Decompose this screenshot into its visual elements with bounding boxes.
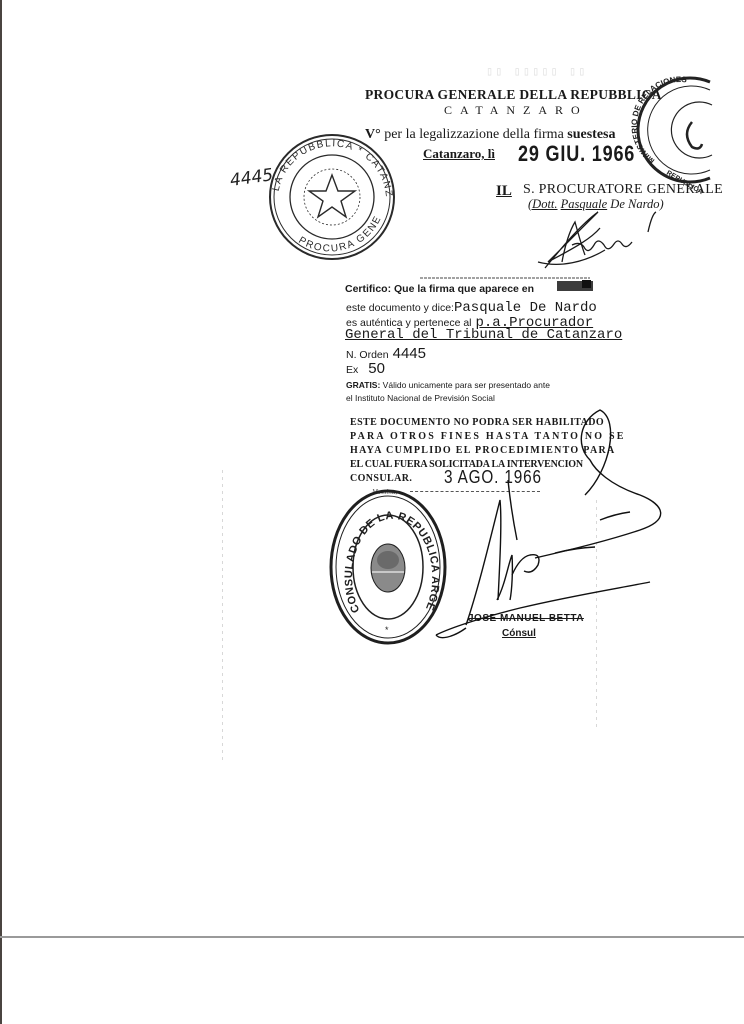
- visto-text: per la legalizzazione della firma: [381, 127, 568, 142]
- gratis-text: Válido unicamente para ser presentado an…: [380, 380, 550, 390]
- bleed-through-line: [596, 500, 597, 730]
- official-last: De Nardo): [610, 197, 663, 211]
- certifico-text: : Que la firma que aparece en: [388, 283, 534, 295]
- notice-line: PARA OTROS FINES HASTA TANTO NO SE: [350, 430, 626, 444]
- official-name: (Dott. Pasquale De Nardo): [528, 197, 664, 212]
- official-first: Pasquale: [561, 197, 608, 211]
- bleed-through-line: [222, 470, 223, 760]
- scan-left-edge: [0, 0, 2, 1024]
- gratis-line: GRATIS: Válido unicamente para ser prese…: [346, 380, 550, 390]
- signer-role-2: General del Tribunal de Catanzaro: [345, 327, 622, 343]
- date-stamp-italy: 29 GIU. 1966: [518, 141, 635, 167]
- ink-smudge: [582, 280, 591, 288]
- place-rule: [410, 491, 540, 492]
- italian-seal-icon: LA REPUBBLICA * CATANZARO * PROCURA GENE…: [0, 0, 394, 259]
- notice-line: ESTE DOCUMENTO NO PODRA SER HABILITADO: [350, 416, 626, 430]
- ex-value: 50: [368, 360, 385, 377]
- official-title: S. PROCURATORE GENERALE: [523, 182, 723, 198]
- signature-de-nardo-icon: [538, 212, 656, 268]
- gratis-label: GRATIS:: [346, 380, 380, 390]
- institute-line: el Instituto Nacional de Previsión Socia…: [346, 393, 495, 403]
- place-label: Catanzaro, lì: [423, 146, 495, 162]
- place-label-messina: Messina,: [372, 488, 397, 496]
- certifico-line: Certifico: Que la firma que aparece en: [345, 283, 534, 295]
- svg-text:PROCURA GENERALE: PROCURA GENERALE: [0, 0, 384, 255]
- ex-line: Ex50: [346, 360, 385, 378]
- visto-prefix: V°: [365, 127, 381, 142]
- ink-smudge: [557, 281, 593, 291]
- official-prefix: (Dott.: [528, 197, 558, 211]
- consul-role: Cónsul: [502, 628, 536, 639]
- notice-line: HAYA CUMPLIDO EL PROCEDIMIENTO PARA: [350, 444, 626, 458]
- svg-text:LA REPUBBLICA * CATANZARO *: LA REPUBBLICA * CATANZARO *: [0, 0, 394, 198]
- visto-bold: suestesa: [567, 127, 615, 142]
- procura-heading: PROCURA GENERALE DELLA REPUBBLICA: [365, 87, 662, 103]
- certifico-label: Certifico: [345, 283, 388, 295]
- handwritten-number: 4445: [229, 165, 275, 191]
- ex-label: Ex: [346, 364, 358, 376]
- order-value: 4445: [393, 345, 426, 362]
- consul-name: JOSE MANUEL BETTA: [468, 613, 584, 624]
- scan-page-edge: [0, 936, 744, 938]
- il-label: IL: [496, 183, 512, 200]
- svg-text:*: *: [385, 625, 389, 635]
- bleed-through-text: ▯▯ ▯▯▯▯▯ ▯▯: [486, 64, 587, 79]
- date-stamp-argentina: 3 AGO. 1966: [444, 467, 542, 488]
- procura-city: CATANZARO: [444, 103, 588, 118]
